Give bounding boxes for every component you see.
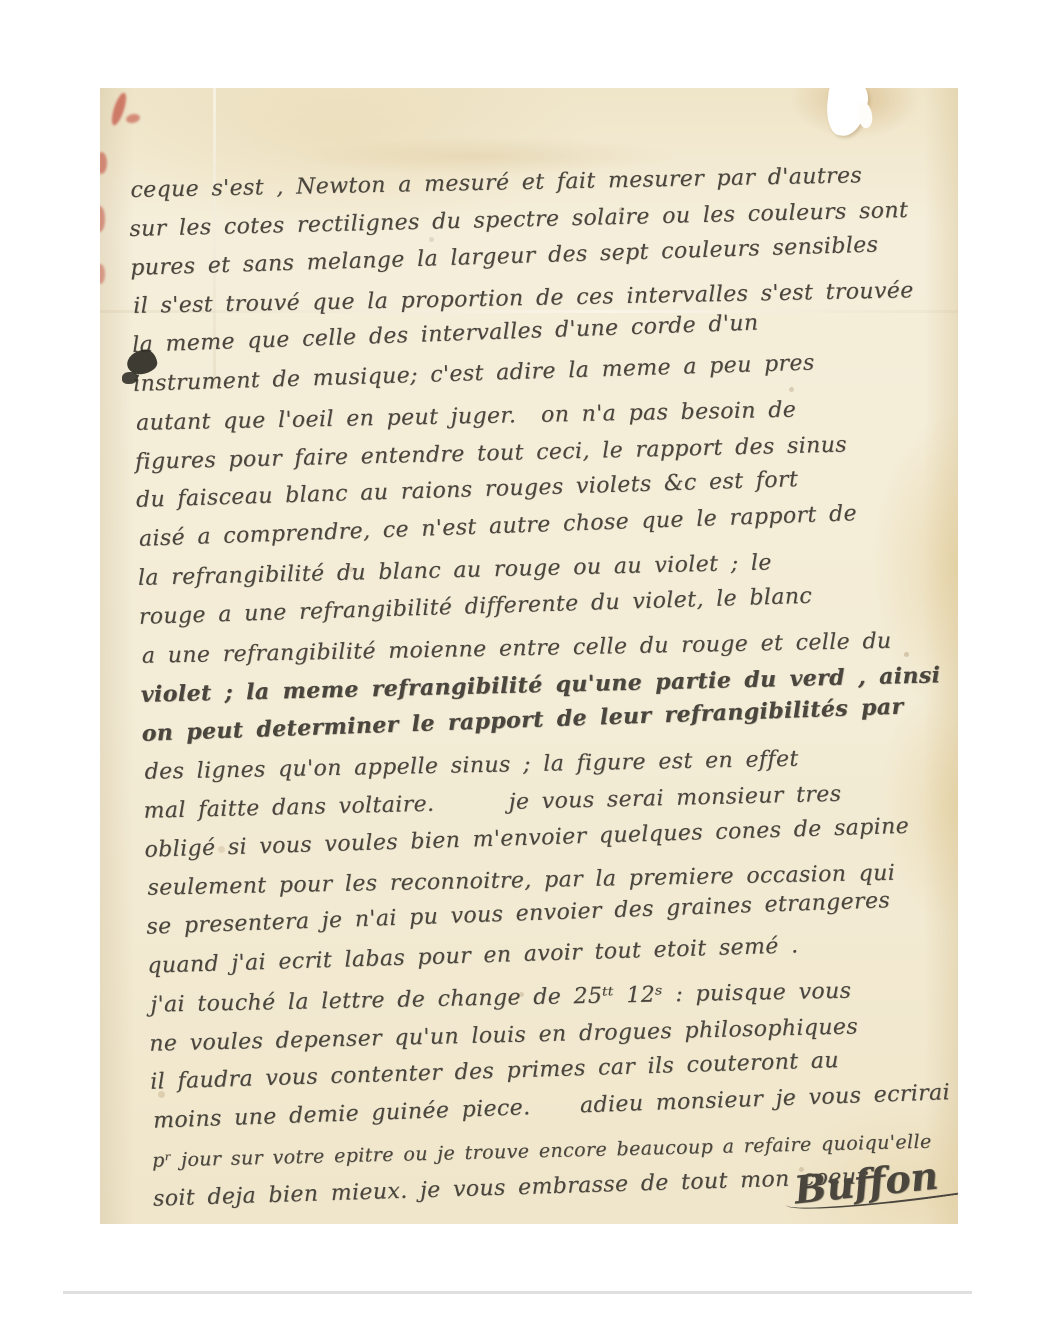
letter-text: ceque s'est , Newton a mesuré et fait me… [128,152,958,1219]
scan-background: ceque s'est , Newton a mesuré et fait me… [0,0,1040,1338]
red-ink-smudge [100,206,105,232]
bottom-divider-line [63,1291,972,1294]
letter-page: ceque s'est , Newton a mesuré et fait me… [100,88,958,1224]
red-ink-smudge [100,152,107,174]
red-ink-smudge [125,113,141,125]
red-ink-smudge [100,264,105,284]
foxing-speckles [100,88,103,91]
